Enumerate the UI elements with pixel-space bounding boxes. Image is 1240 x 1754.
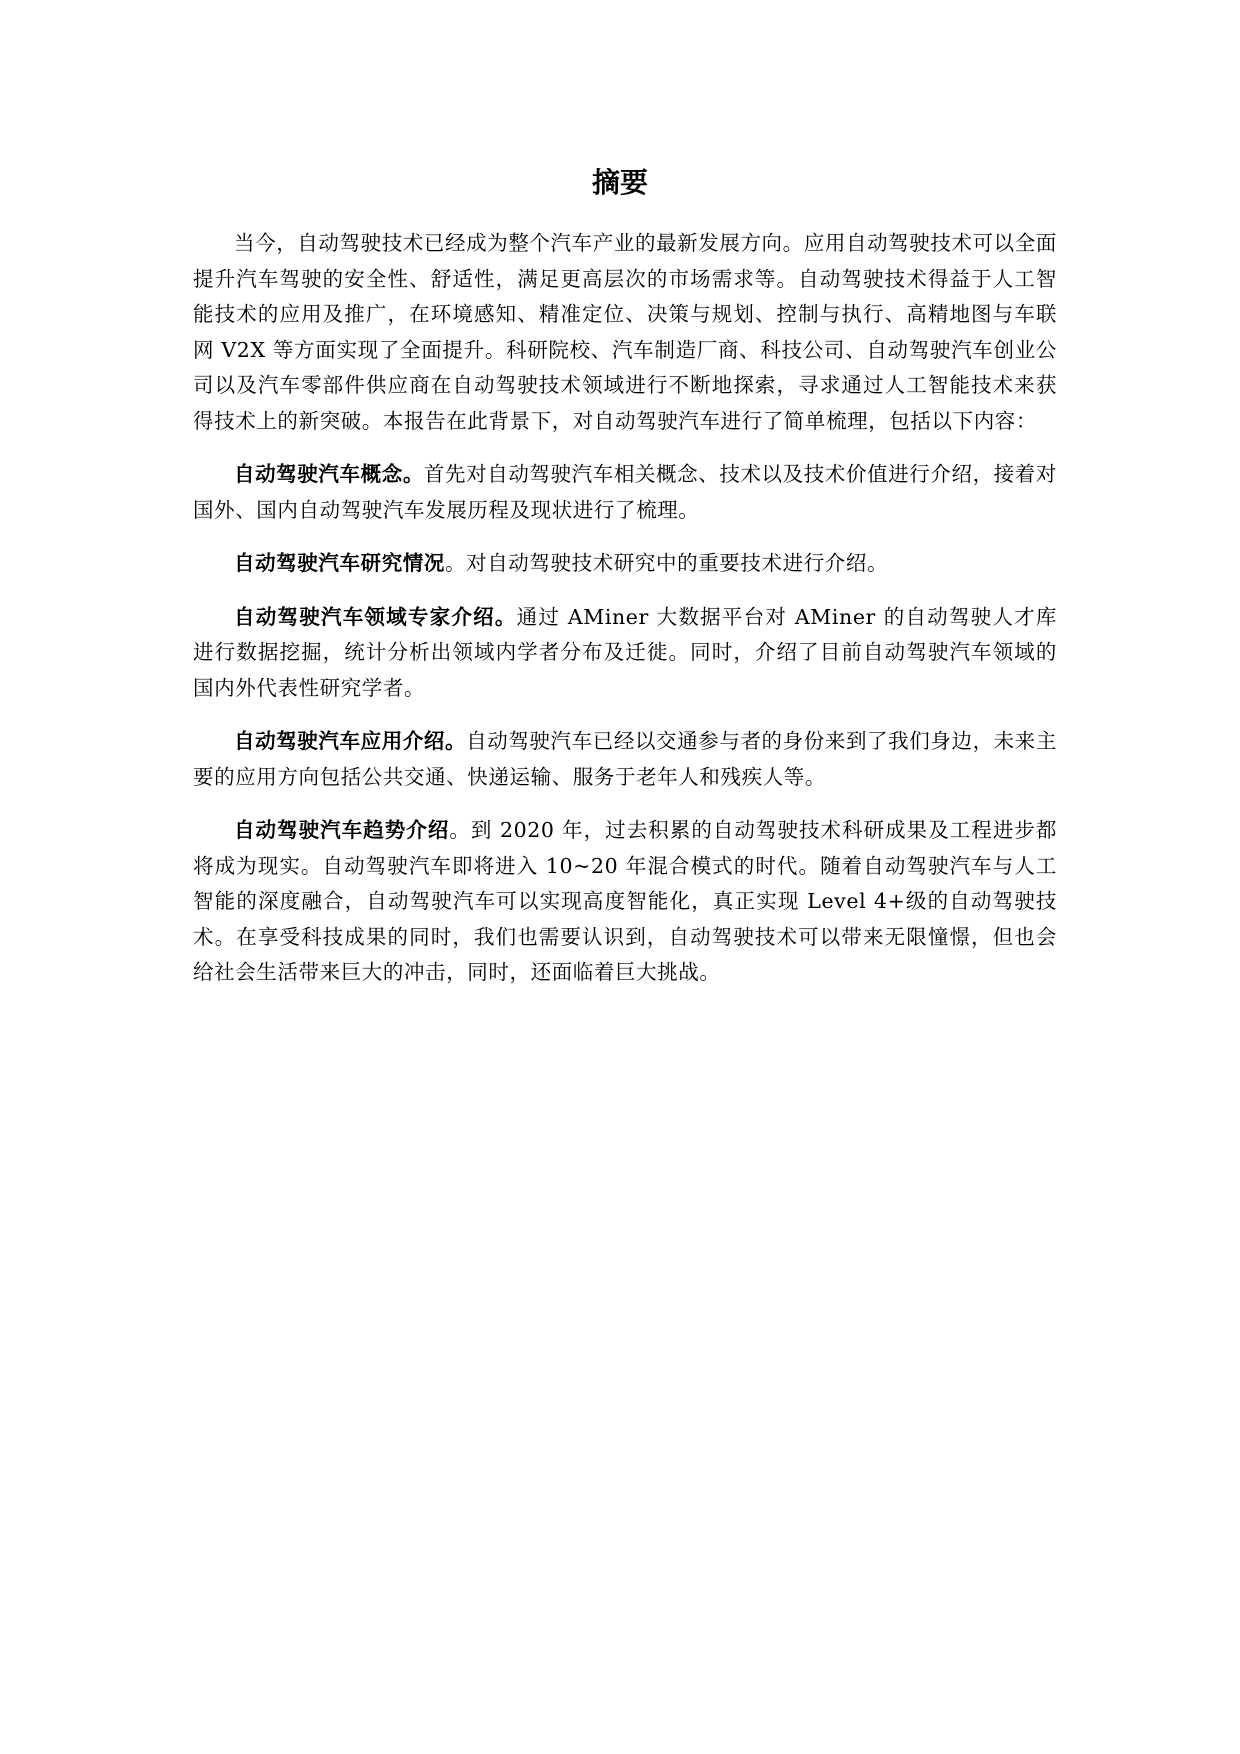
section-lead: 自动驾驶汽车趋势介绍	[234, 818, 449, 842]
section-lead: 自动驾驶汽车应用介绍。	[234, 729, 466, 753]
section-trends: 自动驾驶汽车趋势介绍。到 2020 年，过去积累的自动驾驶技术科研成果及工程进步…	[193, 813, 1057, 991]
section-experts: 自动驾驶汽车领域专家介绍。通过 AMiner 大数据平台对 AMiner 的自动…	[193, 600, 1057, 707]
section-lead: 自动驾驶汽车概念。	[234, 462, 424, 486]
section-research: 自动驾驶汽车研究情况。对自动驾驶技术研究中的重要技术进行介绍。	[193, 546, 1057, 582]
page-title: 摘要	[0, 163, 1240, 203]
intro-paragraph: 当今，自动驾驶技术已经成为整个汽车产业的最新发展方向。应用自动驾驶技术可以全面提…	[193, 226, 1057, 439]
section-concept: 自动驾驶汽车概念。首先对自动驾驶汽车相关概念、技术以及技术价值进行介绍，接着对国…	[193, 457, 1057, 528]
document-body: 当今，自动驾驶技术已经成为整个汽车产业的最新发展方向。应用自动驾驶技术可以全面提…	[193, 226, 1057, 1009]
section-text: 。到 2020 年，过去积累的自动驾驶技术科研成果及工程进步都将成为现实。自动驾…	[193, 818, 1057, 984]
section-lead: 自动驾驶汽车研究情况	[234, 551, 445, 575]
document-page: 摘要 当今，自动驾驶技术已经成为整个汽车产业的最新发展方向。应用自动驾驶技术可以…	[0, 0, 1240, 1754]
section-applications: 自动驾驶汽车应用介绍。自动驾驶汽车已经以交通参与者的身份来到了我们身边，未来主要…	[193, 724, 1057, 795]
section-text: 。对自动驾驶技术研究中的重要技术进行介绍。	[445, 551, 888, 575]
section-lead: 自动驾驶汽车领域专家介绍。	[234, 605, 517, 629]
